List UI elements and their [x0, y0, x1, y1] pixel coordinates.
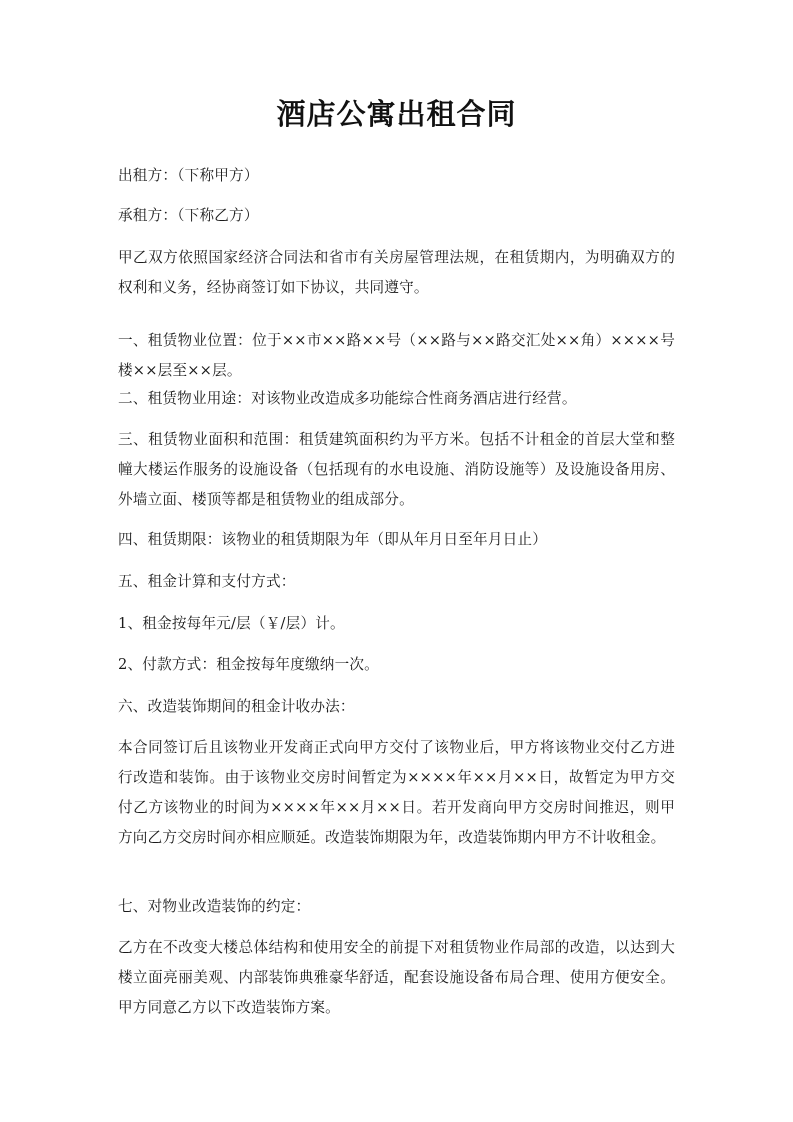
preamble-paragraph: 甲乙双方依照国家经济合同法和省市有关房屋管理法规，在租赁期内，为明确双方的权利和… [118, 243, 675, 303]
clause-renovation-rent-body: 本合同签订后且该物业开发商正式向甲方交付了该物业后，甲方将该物业交付乙方进行改造… [118, 733, 675, 853]
lessor-line: 出租方：（下称甲方） [118, 161, 675, 191]
clause-lease-term: 四、租赁期限：该物业的租赁期限为年（即从年月日至年月日止） [118, 525, 675, 555]
clause-area-scope: 三、租赁物业面积和范围：租赁建筑面积约为平方米。包括不计租金的首层大堂和整幢大楼… [118, 425, 675, 515]
document-title: 酒店公寓出租合同 [118, 94, 675, 134]
lessee-line: 承租方：（下称乙方） [118, 201, 675, 231]
clause-rent-rate: 1、租金按每年元/层（￥/层）计。 [118, 609, 675, 639]
clause-location: 一、租赁物业位置：位于××市××路××号（××路与××路交汇处××角）××××号… [118, 326, 675, 386]
clause-renovation-agreement-heading: 七、对物业改造装饰的约定： [118, 892, 675, 922]
clause-renovation-rent-heading: 六、改造装饰期间的租金计收办法： [118, 692, 675, 722]
clause-payment-method: 2、付款方式：租金按每年度缴纳一次。 [118, 650, 675, 680]
clause-usage: 二、租赁物业用途：对该物业改造成多功能综合性商务酒店进行经营。 [118, 384, 675, 414]
clause-renovation-agreement-body: 乙方在不改变大楼总体结构和使用安全的前提下对租赁物业作局部的改造，以达到大楼立面… [118, 933, 675, 1023]
clause-rent-payment-heading: 五、租金计算和支付方式： [118, 567, 675, 597]
